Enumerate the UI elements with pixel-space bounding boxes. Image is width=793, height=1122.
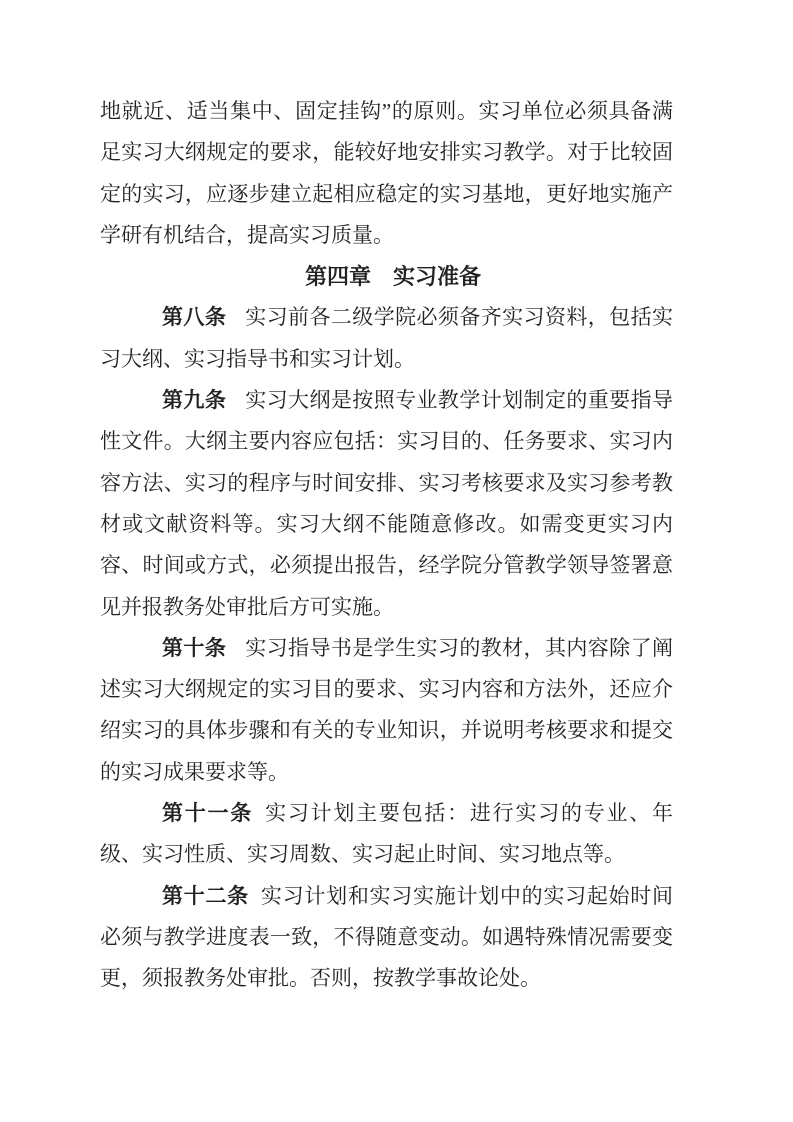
paragraph-article-12: 第十二条实习计划和实习实施计划中的实习起始时间必须与教学进度表一致，不得随意变动… [100, 876, 673, 1000]
article-12-number: 第十二条 [162, 884, 249, 908]
paragraph-article-9: 第九条实习大纲是按照专业教学计划制定的重要指导性文件。大纲主要内容应包括：实习目… [100, 380, 673, 628]
article-9-text: 实习大纲是按照专业教学计划制定的重要指导性文件。大纲主要内容应包括：实习目的、任… [100, 388, 673, 618]
paragraph-article-11: 第十一条实习计划主要包括：进行实习的专业、年级、实习性质、实习周数、实习起止时间… [100, 793, 673, 876]
article-8-number: 第八条 [162, 305, 226, 329]
paragraph-continuation: 地就近、适当集中、固定挂钩”的原则。实习单位必须具备满足实习大纲规定的要求，能较… [100, 91, 673, 256]
article-11-number: 第十一条 [162, 801, 253, 825]
article-9-number: 第九条 [162, 388, 226, 412]
article-10-number: 第十条 [162, 636, 226, 660]
chapter-heading: 第四章 实习准备 [113, 256, 673, 297]
paragraph-article-8: 第八条实习前各二级学院必须备齐实习资料，包括实习大纲、实习指导书和实习计划。 [100, 297, 673, 380]
document-page: 地就近、适当集中、固定挂钩”的原则。实习单位必须具备满足实习大纲规定的要求，能较… [0, 0, 793, 1122]
paragraph-article-10: 第十条实习指导书是学生实习的教材，其内容除了阐述实习大纲规定的实习目的要求、实习… [100, 628, 673, 793]
